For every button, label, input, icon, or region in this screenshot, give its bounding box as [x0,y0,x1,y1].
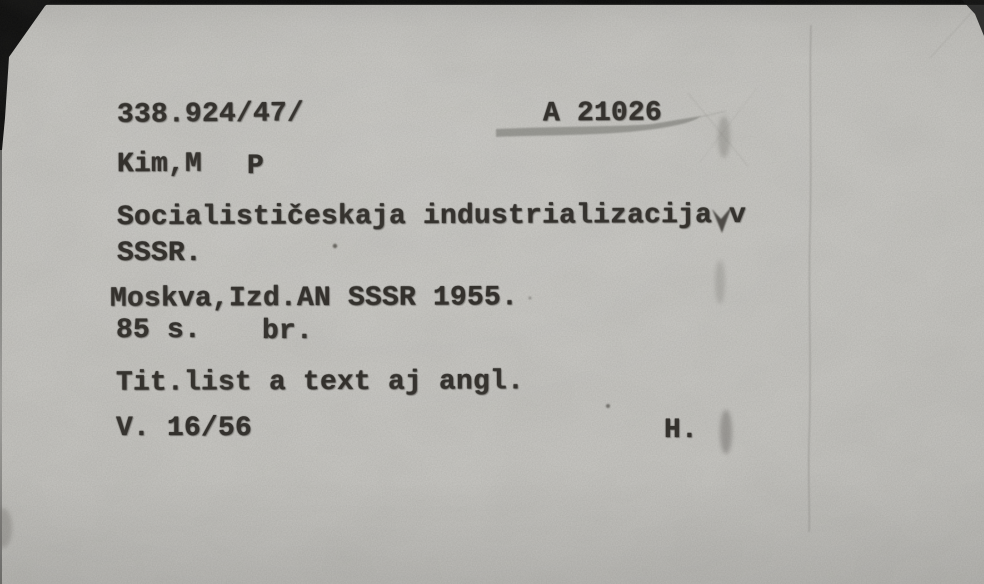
imprint-line: Moskva,Izd.AN SSSR 1955. [110,284,518,313]
cataloguer-initials: H. [664,417,698,445]
paper-crinkle [700,88,757,162]
scan-edge-top [0,0,984,5]
accession-number: V. 16/56 [116,415,252,443]
corner-cut-top-left [0,0,52,150]
title-line-1: Socialističeskaja industrializacija v [117,202,746,232]
paper-crinkle [930,12,972,58]
pencil-underline-tail [700,111,726,117]
ink-smudge [715,260,725,304]
paper-crinkle [688,93,748,166]
shelf-mark: A 21026 [543,100,662,129]
binding-note: br. [262,318,313,346]
ink-speck [528,296,531,299]
ink-speck [606,404,610,408]
catalog-card-scan: 338.924/47/ A 21026 Kim,M P Socialističe… [0,0,984,584]
pagination: 85 s. [116,317,201,345]
call-number: 338.924/47/ [117,100,304,130]
corner-cut-top-right [962,0,984,36]
ink-speck [333,244,337,248]
ink-smudge [718,116,730,158]
title-line-2: SSSR. [117,240,202,268]
scan-edge-left [0,130,2,584]
language-note: Tit.list a text aj angl. [116,368,524,397]
ink-smudge [720,410,732,454]
author-code: P [247,153,264,181]
paper-crease [809,25,811,532]
author-heading: Kim,M [117,151,202,179]
